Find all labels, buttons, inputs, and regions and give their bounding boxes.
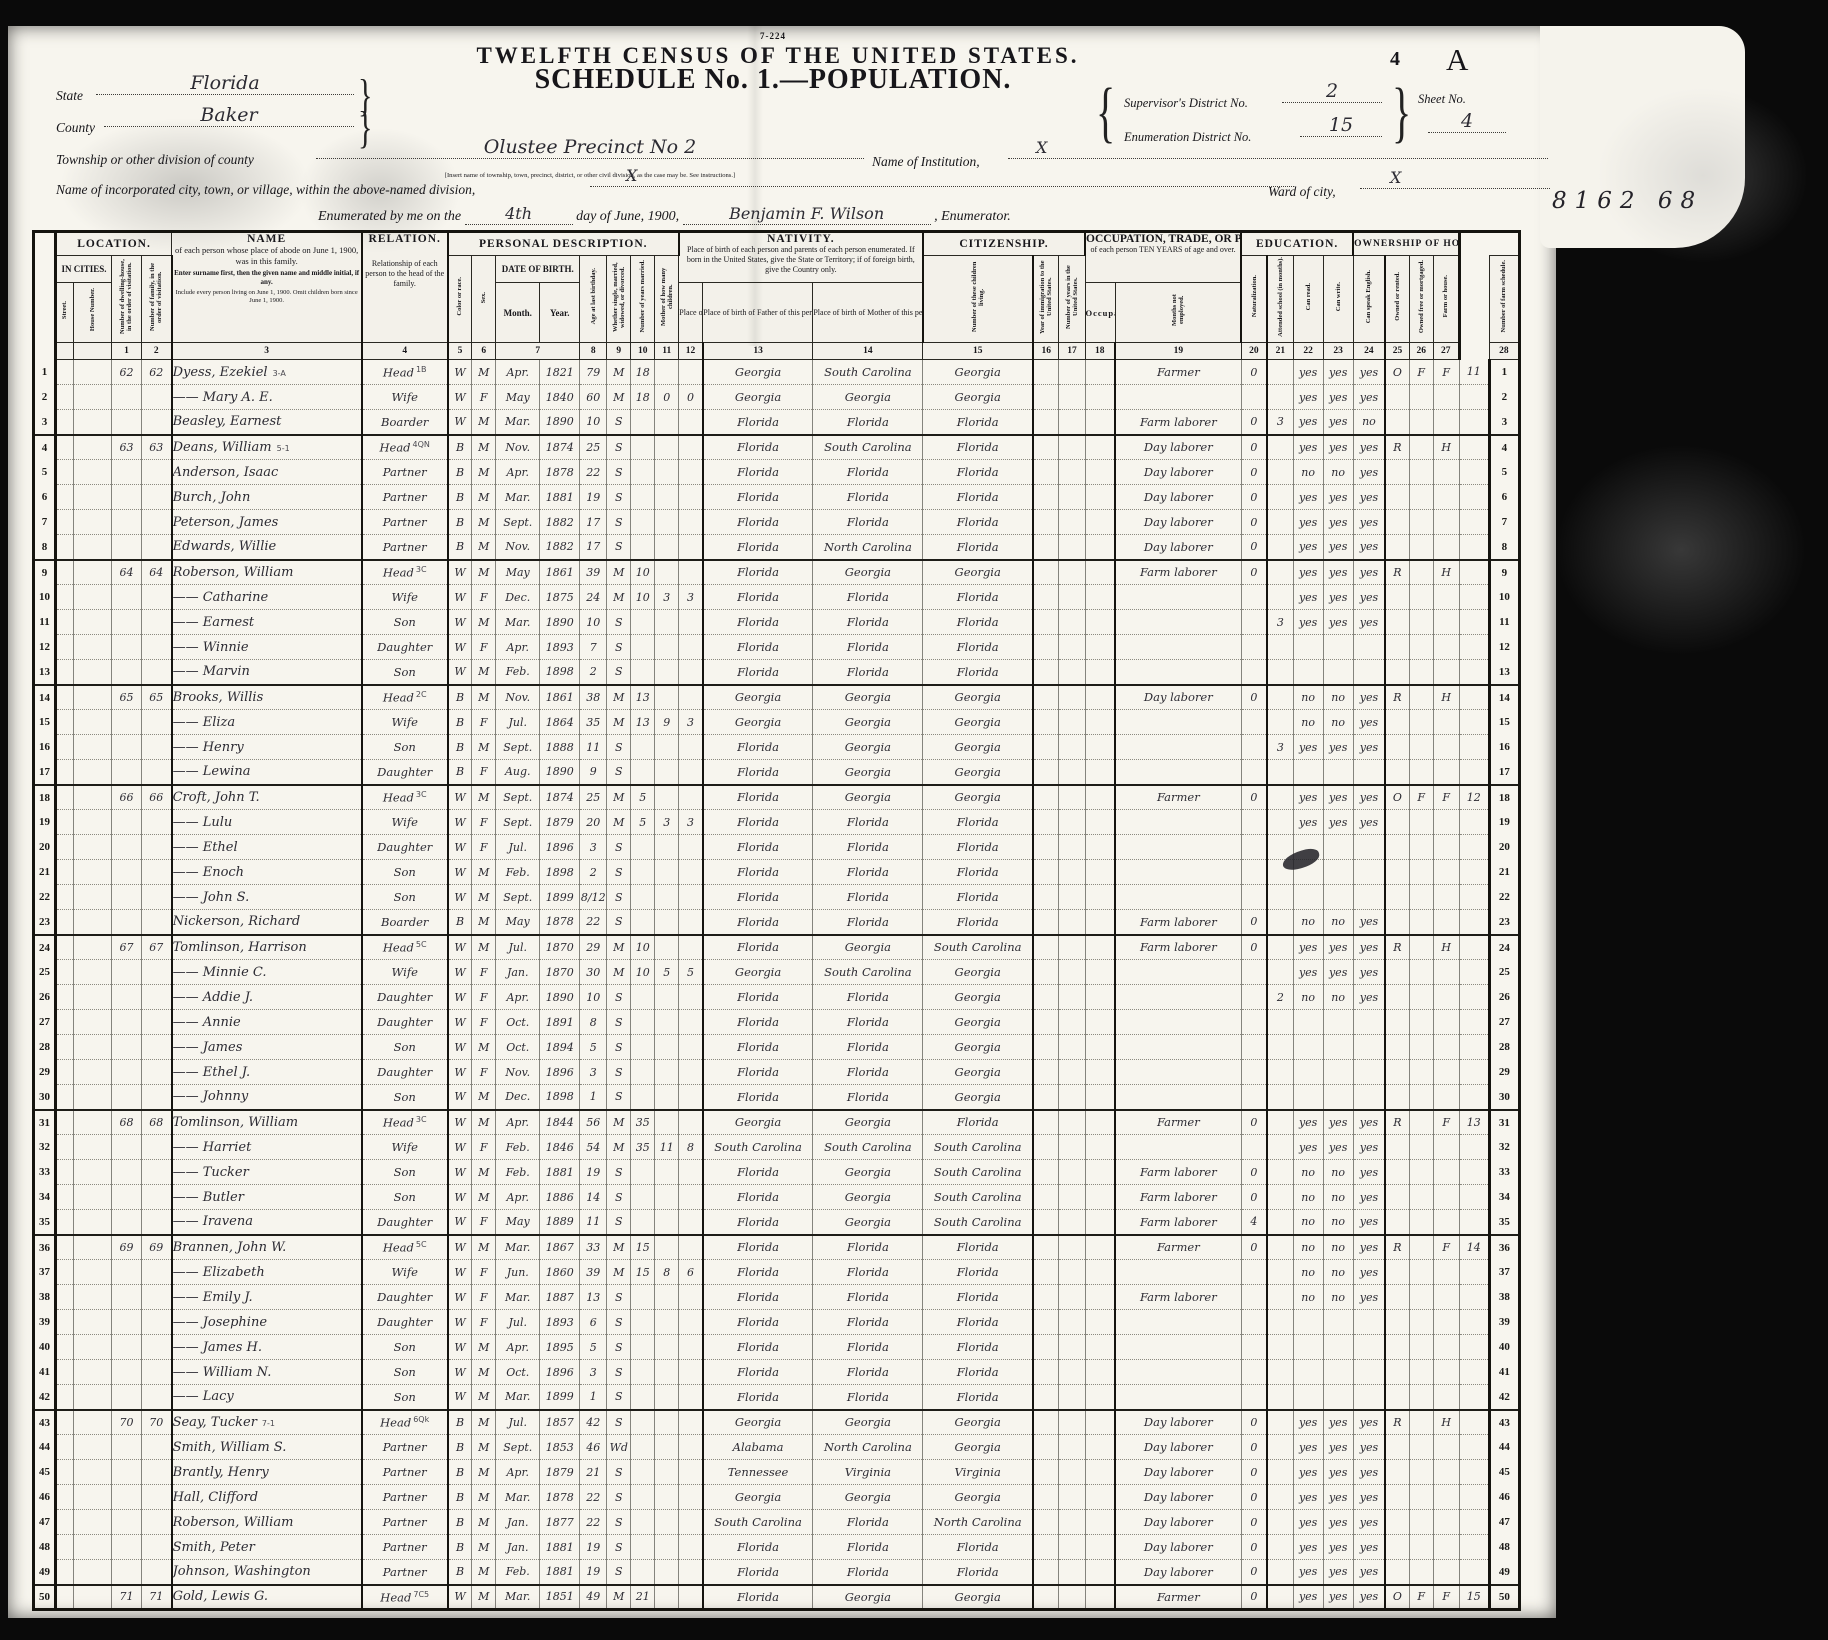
cell-ym — [631, 1510, 655, 1535]
cell-sex: F — [472, 585, 496, 610]
cell-own: R — [1385, 1110, 1409, 1135]
cell-hn — [74, 710, 112, 735]
cell-mc — [655, 1485, 679, 1510]
cell-mne — [1241, 585, 1267, 610]
cell-wr: yes — [1323, 935, 1353, 960]
cell-nat — [1085, 735, 1115, 760]
cell-rel: Son — [362, 1035, 448, 1060]
cell-pf: Florida — [813, 835, 923, 860]
cell-ym — [631, 1335, 655, 1360]
cell-st — [56, 1310, 74, 1335]
cell-mne — [1241, 385, 1267, 410]
cell-fh — [1433, 810, 1459, 835]
cell-occ — [1115, 860, 1241, 885]
cell-hn — [74, 810, 112, 835]
cell-occ — [1115, 1385, 1241, 1410]
cell-st — [56, 1585, 74, 1610]
cell-st — [56, 460, 74, 485]
cell-en: yes — [1353, 910, 1385, 935]
cell-mar: S — [607, 1410, 631, 1435]
line-number: 49 — [1489, 1560, 1519, 1585]
cell-ym — [631, 1310, 655, 1335]
cell-fm — [142, 1210, 172, 1235]
cell-age: 20 — [580, 810, 607, 835]
cell-fm — [142, 760, 172, 785]
cell-cl — [679, 1560, 703, 1585]
cell-own: R — [1385, 1235, 1409, 1260]
cell-hn — [74, 360, 112, 385]
cell-sex: F — [472, 835, 496, 860]
cell-sex: F — [472, 385, 496, 410]
cell-pb: Florida — [703, 935, 813, 960]
cell-occ: Farm laborer — [1115, 910, 1241, 935]
cell-dw — [112, 535, 142, 560]
cell-yr: 1893 — [540, 1310, 580, 1335]
cell-sex: M — [472, 610, 496, 635]
line-number: 20 — [34, 835, 56, 860]
cell-cl — [679, 435, 703, 460]
cell-pm: Florida — [923, 1335, 1033, 1360]
cell-own — [1385, 1285, 1409, 1310]
cell-pb: Florida — [703, 660, 813, 685]
cell-name: Smith, Peter — [172, 1535, 362, 1560]
cell-yr: 1890 — [540, 410, 580, 435]
cell-fs — [1459, 685, 1489, 710]
line-number: 12 — [34, 635, 56, 660]
cell-own: R — [1385, 1410, 1409, 1435]
cell-age: 19 — [580, 1560, 607, 1585]
cell-hn — [74, 935, 112, 960]
cell-pm: Florida — [923, 660, 1033, 685]
cell-im — [1033, 985, 1059, 1010]
line-number: 37 — [1489, 1260, 1519, 1285]
line-number: 38 — [34, 1285, 56, 1310]
header-pob-father: Place of birth of Father of this person. — [703, 283, 813, 343]
cell-nat — [1085, 835, 1115, 860]
ward-value: X — [1390, 168, 1401, 187]
cell-hn — [74, 1210, 112, 1235]
cell-rd: no — [1293, 1235, 1323, 1260]
cell-wr: yes — [1323, 810, 1353, 835]
cell-fre — [1409, 1010, 1433, 1035]
cell-name: Smith, William S. — [172, 1435, 362, 1460]
cell-sex: M — [472, 860, 496, 885]
cell-ym: 5 — [631, 785, 655, 810]
cell-mar: S — [607, 1285, 631, 1310]
cell-hn — [74, 760, 112, 785]
cell-pb: Florida — [703, 785, 813, 810]
cell-mc — [655, 1160, 679, 1185]
cell-rd: no — [1293, 685, 1323, 710]
cell-sch — [1267, 1510, 1293, 1535]
cell-rd: yes — [1293, 1485, 1323, 1510]
city-label: Name of incorporated city, town, or vill… — [56, 182, 475, 198]
cell-pf: Georgia — [813, 760, 923, 785]
cell-own — [1385, 1385, 1409, 1410]
cell-mc — [655, 1285, 679, 1310]
line-number: 43 — [1489, 1410, 1519, 1435]
cell-fre — [1409, 1435, 1433, 1460]
cell-cl — [679, 1110, 703, 1135]
cell-mo: Jul. — [496, 835, 540, 860]
cell-pf: Florida — [813, 460, 923, 485]
cell-name: —— Tucker — [172, 1160, 362, 1185]
cell-fs: 13 — [1459, 1110, 1489, 1135]
cell-rel: Daughter — [362, 635, 448, 660]
cell-wr: yes — [1323, 610, 1353, 635]
cell-pm: South Carolina — [923, 1160, 1033, 1185]
cell-pf: Florida — [813, 1235, 923, 1260]
cell-wr: no — [1323, 685, 1353, 710]
cell-occ — [1115, 1085, 1241, 1110]
cell-im — [1033, 1510, 1059, 1535]
cell-st — [56, 1510, 74, 1535]
cell-yus — [1059, 1460, 1085, 1485]
cell-mc — [655, 535, 679, 560]
cell-yr: 1821 — [540, 360, 580, 385]
cell-en: yes — [1353, 585, 1385, 610]
cell-im — [1033, 510, 1059, 535]
line-number: 2 — [34, 385, 56, 410]
table-header: LOCATION. NAME of each person whose plac… — [34, 232, 1520, 360]
cell-fs — [1459, 1435, 1489, 1460]
cell-nat — [1085, 1010, 1115, 1035]
cell-fm — [142, 910, 172, 935]
cell-yus — [1059, 1385, 1085, 1410]
cell-yr: 1870 — [540, 960, 580, 985]
cell-pb: Florida — [703, 510, 813, 535]
cell-pf: Florida — [813, 510, 923, 535]
cell-cl — [679, 985, 703, 1010]
cell-ym: 10 — [631, 560, 655, 585]
cell-col: W — [448, 560, 472, 585]
cell-fre — [1409, 985, 1433, 1010]
cell-dw — [112, 1535, 142, 1560]
cell-rd: yes — [1293, 1535, 1323, 1560]
cell-mar: M — [607, 1260, 631, 1285]
cell-dw — [112, 1335, 142, 1360]
cell-sex: M — [472, 1335, 496, 1360]
cell-sex: F — [472, 1285, 496, 1310]
cell-st — [56, 1410, 74, 1435]
cell-own — [1385, 1510, 1409, 1535]
cell-age: 1 — [580, 1085, 607, 1110]
cell-pf: Georgia — [813, 1585, 923, 1610]
cell-hn — [74, 1510, 112, 1535]
cell-im — [1033, 885, 1059, 910]
cell-own — [1385, 1360, 1409, 1385]
header-relation: RELATION. Relationship of each person to… — [362, 232, 448, 343]
cell-nat — [1085, 560, 1115, 585]
cell-fre — [1409, 635, 1433, 660]
cell-dw — [112, 1460, 142, 1485]
cell-dw: 66 — [112, 785, 142, 810]
cell-mo: Nov. — [496, 685, 540, 710]
cell-pm: Florida — [923, 585, 1033, 610]
cell-yus — [1059, 1160, 1085, 1185]
cell-cl: 6 — [679, 1260, 703, 1285]
cell-own — [1385, 1060, 1409, 1085]
cell-dw — [112, 1285, 142, 1310]
cell-occ: Farm laborer — [1115, 1285, 1241, 1310]
cell-mne: 0 — [1241, 435, 1267, 460]
cell-sex: F — [472, 1310, 496, 1335]
cell-cl — [679, 935, 703, 960]
supervisors-district-value: 2 — [1326, 80, 1338, 102]
cell-own — [1385, 635, 1409, 660]
state-label: State — [56, 88, 83, 104]
cell-sex: F — [472, 1060, 496, 1085]
cell-wr: yes — [1323, 735, 1353, 760]
table-row: 8Edwards, WilliePartnerBMNov.188217SFlor… — [34, 535, 1520, 560]
cell-name: —— Marvin — [172, 660, 362, 685]
cell-occ: Farm laborer — [1115, 410, 1241, 435]
cell-nat — [1085, 385, 1115, 410]
cell-wr: yes — [1323, 385, 1353, 410]
line-number: 46 — [34, 1485, 56, 1510]
cell-pf: North Carolina — [813, 1435, 923, 1460]
cell-col: W — [448, 1360, 472, 1385]
table-row: 186666Croft, John T.Head3CWMSept.187425M… — [34, 785, 1520, 810]
cell-sch: 3 — [1267, 610, 1293, 635]
cell-rd: yes — [1293, 1410, 1323, 1435]
cell-en: yes — [1353, 1460, 1385, 1485]
cell-own — [1385, 1485, 1409, 1510]
cell-ym — [631, 1060, 655, 1085]
cell-name: Nickerson, Richard — [172, 910, 362, 935]
cell-sch — [1267, 1035, 1293, 1060]
cell-mne — [1241, 735, 1267, 760]
cell-sch — [1267, 785, 1293, 810]
cell-sex: M — [472, 910, 496, 935]
cell-dw: 69 — [112, 1235, 142, 1260]
cell-fh: H — [1433, 685, 1459, 710]
cell-sex: M — [472, 485, 496, 510]
cell-nat — [1085, 860, 1115, 885]
cell-own — [1385, 585, 1409, 610]
cell-en — [1353, 635, 1385, 660]
cell-nat — [1085, 985, 1115, 1010]
cell-en — [1353, 1310, 1385, 1335]
line-number: 16 — [1489, 735, 1519, 760]
cell-occ: Farmer — [1115, 1585, 1241, 1610]
cell-mne — [1241, 1260, 1267, 1285]
cell-mar: S — [607, 1210, 631, 1235]
cell-mar: M — [607, 585, 631, 610]
cell-sch — [1267, 510, 1293, 535]
cell-mne: 0 — [1241, 910, 1267, 935]
line-number: 24 — [34, 935, 56, 960]
cell-nat — [1085, 1310, 1115, 1335]
cell-rel: Wife — [362, 585, 448, 610]
line-number: 30 — [34, 1085, 56, 1110]
header-months-not-employed: Months not employed. — [1115, 283, 1241, 343]
cell-mo: Mar. — [496, 1385, 540, 1410]
cell-en — [1353, 1010, 1385, 1035]
cell-own — [1385, 1010, 1409, 1035]
cell-mo: Oct. — [496, 1035, 540, 1060]
cell-mc — [655, 1235, 679, 1260]
census-scan-page: { "meta": { "form_number": "7-224", "tit… — [0, 0, 1828, 1640]
cell-occ — [1115, 1335, 1241, 1360]
cell-mne: 0 — [1241, 785, 1267, 810]
cell-own — [1385, 1135, 1409, 1160]
cell-pm: North Carolina — [923, 1510, 1033, 1535]
cell-cl — [679, 1485, 703, 1510]
table-row: 19—— LuluWifeWFSept.187920M533FloridaFlo… — [34, 810, 1520, 835]
cell-col: W — [448, 935, 472, 960]
cell-sex: M — [472, 1485, 496, 1510]
cell-col: W — [448, 1285, 472, 1310]
cell-mne: 0 — [1241, 1185, 1267, 1210]
scan-smudge — [1556, 445, 1806, 655]
header-occupation-sub: Occupation. — [1085, 283, 1115, 343]
table-row: 11—— EarnestSonWMMar.189010SFloridaFlori… — [34, 610, 1520, 635]
cell-yus — [1059, 385, 1085, 410]
cell-sch — [1267, 535, 1293, 560]
cell-mar: S — [607, 1510, 631, 1535]
cell-fm — [142, 485, 172, 510]
cell-hn — [74, 1260, 112, 1285]
cell-mar: M — [607, 1135, 631, 1160]
cell-fh: H — [1433, 435, 1459, 460]
cell-mne — [1241, 1335, 1267, 1360]
header-location: LOCATION. — [56, 232, 172, 256]
cell-mar: S — [607, 510, 631, 535]
city-value: X — [626, 166, 637, 185]
cell-dw: 65 — [112, 685, 142, 710]
cell-pb: Florida — [703, 1185, 813, 1210]
cell-rd: no — [1293, 910, 1323, 935]
cell-pm: Florida — [923, 1285, 1033, 1310]
header-year: Year. — [540, 283, 580, 343]
cell-mc — [655, 735, 679, 760]
cell-mar: M — [607, 1110, 631, 1135]
cell-rel: Son — [362, 1160, 448, 1185]
cell-sch — [1267, 635, 1293, 660]
cell-yus — [1059, 785, 1085, 810]
cell-fm — [142, 1010, 172, 1035]
cell-fm — [142, 1135, 172, 1160]
cell-occ: Day laborer — [1115, 460, 1241, 485]
cell-yus — [1059, 1585, 1085, 1610]
cell-fs — [1459, 1010, 1489, 1035]
cell-dw — [112, 710, 142, 735]
cell-fs — [1459, 935, 1489, 960]
cell-fh — [1433, 1185, 1459, 1210]
cell-fm — [142, 1060, 172, 1085]
cell-nat — [1085, 485, 1115, 510]
cell-mc — [655, 760, 679, 785]
cell-st — [56, 485, 74, 510]
cell-fh — [1433, 760, 1459, 785]
cell-name: Beasley, Earnest — [172, 410, 362, 435]
cell-yr: 1878 — [540, 460, 580, 485]
cell-mo: Mar. — [496, 1485, 540, 1510]
cell-mne: 0 — [1241, 1110, 1267, 1135]
cell-fre — [1409, 1160, 1433, 1185]
cell-mc — [655, 1460, 679, 1485]
cell-fs — [1459, 760, 1489, 785]
cell-rel: Head3C — [362, 560, 448, 585]
cell-mc — [655, 1310, 679, 1335]
cell-ym — [631, 485, 655, 510]
cell-pm: Georgia — [923, 1435, 1033, 1460]
cell-dw — [112, 410, 142, 435]
cell-col: B — [448, 535, 472, 560]
cell-mne: 0 — [1241, 1535, 1267, 1560]
cell-age: 5 — [580, 1335, 607, 1360]
cell-mo: Feb. — [496, 1135, 540, 1160]
cell-nat — [1085, 610, 1115, 635]
cell-mar: M — [607, 960, 631, 985]
cell-fre — [1409, 960, 1433, 985]
cell-im — [1033, 385, 1059, 410]
cell-fs — [1459, 1560, 1489, 1585]
cell-rd: yes — [1293, 510, 1323, 535]
cell-pf: Florida — [813, 1010, 923, 1035]
cell-rd — [1293, 760, 1323, 785]
line-number: 7 — [34, 510, 56, 535]
cell-mne — [1241, 1310, 1267, 1335]
cell-pf: Georgia — [813, 1485, 923, 1510]
cell-cl: 3 — [679, 585, 703, 610]
cell-age: 8 — [580, 1010, 607, 1035]
table-row: 23Nickerson, RichardBoarderBMMay187822SF… — [34, 910, 1520, 935]
cell-occ — [1115, 885, 1241, 910]
cell-im — [1033, 410, 1059, 435]
cell-fre — [1409, 1260, 1433, 1285]
cell-im — [1033, 1360, 1059, 1385]
cell-ym — [631, 1010, 655, 1035]
cell-mo: Oct. — [496, 1010, 540, 1035]
cell-yr: 1877 — [540, 1510, 580, 1535]
cell-cl — [679, 635, 703, 660]
cell-col: W — [448, 785, 472, 810]
cell-pf: Florida — [813, 585, 923, 610]
cell-yr: 1881 — [540, 485, 580, 510]
cell-occ — [1115, 810, 1241, 835]
cell-rel: Wife — [362, 960, 448, 985]
cell-cl — [679, 1385, 703, 1410]
cell-fs — [1459, 410, 1489, 435]
line-number: 48 — [34, 1535, 56, 1560]
cell-col: W — [448, 585, 472, 610]
cell-col: W — [448, 1385, 472, 1410]
cell-dw — [112, 835, 142, 860]
line-number: 23 — [34, 910, 56, 935]
cell-age: 5 — [580, 1035, 607, 1060]
cell-en: yes — [1353, 685, 1385, 710]
cell-im — [1033, 1285, 1059, 1310]
cell-wr: no — [1323, 910, 1353, 935]
cell-cl — [679, 660, 703, 685]
cell-occ: Farmer — [1115, 360, 1241, 385]
cell-age: 42 — [580, 1410, 607, 1435]
header-dwelling-number: Number of dwelling-house, in the order o… — [112, 256, 142, 343]
header-ownership: OWNERSHIP OF HOME. — [1353, 232, 1459, 256]
line-number: 50 — [34, 1585, 56, 1610]
cell-pb: Florida — [703, 1285, 813, 1310]
cell-mo: Nov. — [496, 535, 540, 560]
cell-nat — [1085, 685, 1115, 710]
cell-yr: 1888 — [540, 735, 580, 760]
cell-occ: Day laborer — [1115, 685, 1241, 710]
cell-dw — [112, 1060, 142, 1085]
cell-yr: 1851 — [540, 1585, 580, 1610]
cell-fh — [1433, 1160, 1459, 1185]
cell-hn — [74, 860, 112, 885]
